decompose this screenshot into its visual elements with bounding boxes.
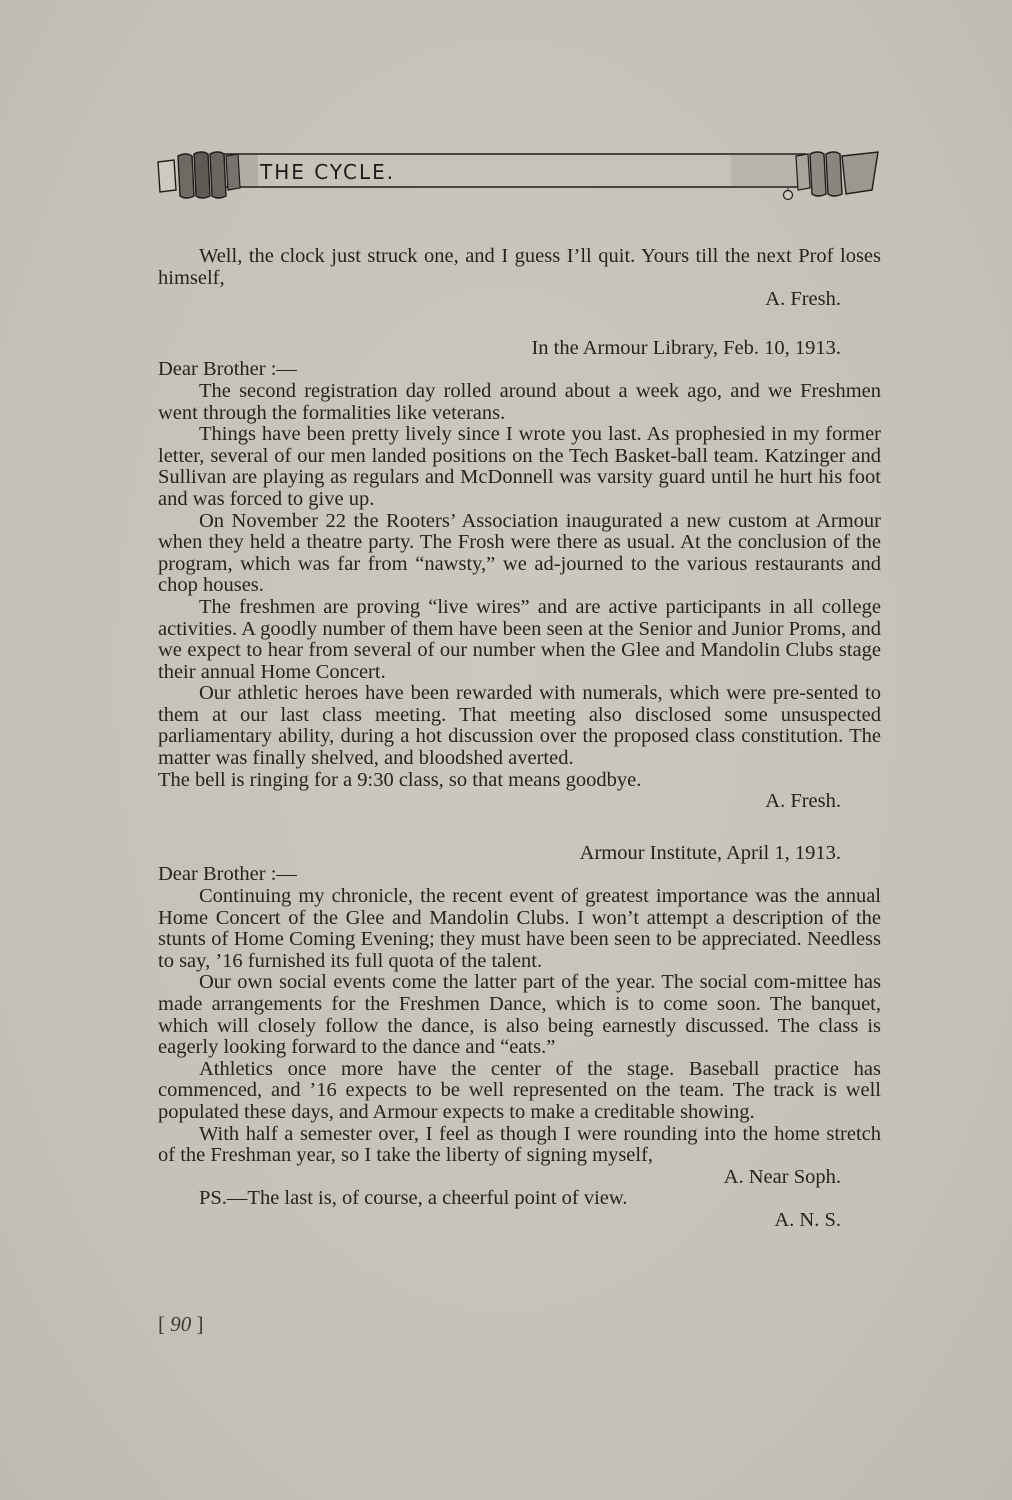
letter-3-paragraph: Continuing my chronicle, the recent even… (158, 886, 881, 972)
letter-3-signature: A. Near Soph. (158, 1167, 881, 1189)
letter-2-salutation: Dear Brother :— (158, 359, 881, 381)
letter-2-signature: A. Fresh. (158, 791, 881, 813)
document-body: Well, the clock just struck one, and I g… (158, 246, 881, 1232)
letter-3-dateline: Armour Institute, April 1, 1913. (158, 843, 881, 865)
letter-2-paragraph: On November 22 the Rooters’ Association … (158, 511, 881, 597)
header-banner: THE CYCLE. (156, 150, 882, 202)
header-title: THE CYCLE. (260, 160, 395, 184)
letter-2-paragraph: Things have been pretty lively since I w… (158, 424, 881, 510)
letter-2-paragraph: The second registration day rolled aroun… (158, 381, 881, 424)
letter-1: Well, the clock just struck one, and I g… (158, 246, 881, 311)
page-number-open-bracket: [ (158, 1312, 165, 1336)
letter-1-signature: A. Fresh. (158, 289, 881, 311)
letter-2: In the Armour Library, Feb. 10, 1913. De… (158, 338, 881, 813)
letter-3: Armour Institute, April 1, 1913. Dear Br… (158, 843, 881, 1232)
letter-3-salutation: Dear Brother :— (158, 864, 881, 886)
page-number: [ 90 ] (158, 1312, 204, 1337)
letter-2-closing-line: The bell is ringing for a 9:30 class, so… (158, 770, 881, 792)
letter-3-postscript: PS.—The last is, of course, a cheerful p… (158, 1188, 881, 1210)
letter-3-paragraph: With half a semester over, I feel as tho… (158, 1124, 881, 1167)
letter-3-paragraph: Our own social events come the latter pa… (158, 972, 881, 1058)
letter-3-paragraph: Athletics once more have the center of t… (158, 1059, 881, 1124)
letter-3-postscript-signature: A. N. S. (158, 1210, 881, 1232)
letter-2-dateline: In the Armour Library, Feb. 10, 1913. (158, 338, 881, 360)
letter-2-paragraph: Our athletic heroes have been rewarded w… (158, 683, 881, 769)
page-number-value: 90 (170, 1312, 191, 1336)
letter-2-paragraph: The freshmen are proving “live wires” an… (158, 597, 881, 683)
page-number-close-bracket: ] (197, 1312, 204, 1336)
letter-1-closing-paragraph: Well, the clock just struck one, and I g… (158, 246, 881, 289)
